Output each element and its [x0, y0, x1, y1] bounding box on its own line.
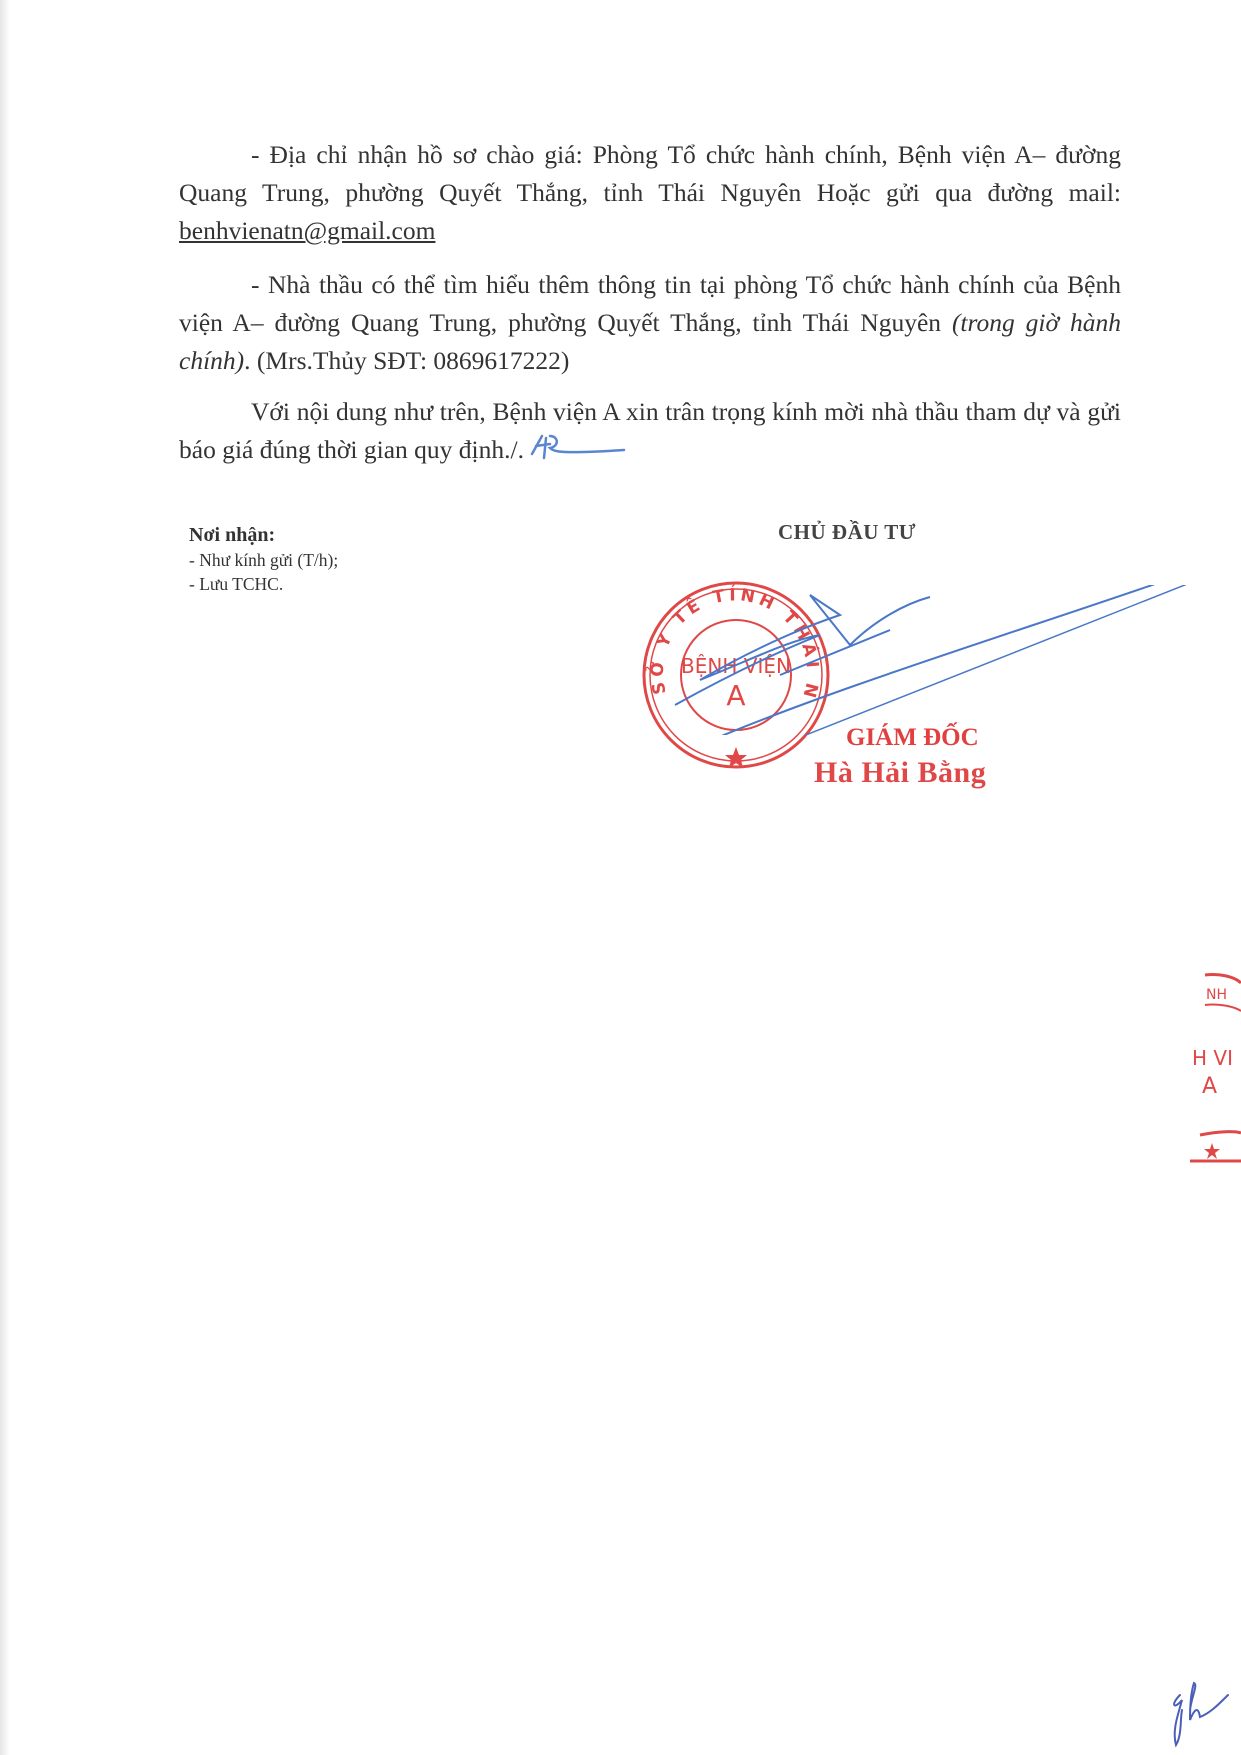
- contact-info: . (Mrs.Thủy SĐT: 0869617222): [244, 346, 569, 375]
- paragraph-address: - Địa chỉ nhận hồ sơ chào giá: Phòng Tổ …: [179, 136, 1121, 250]
- svg-text:A: A: [1202, 1074, 1217, 1099]
- scan-edge: [0, 0, 10, 1755]
- svg-text:NH: NH: [1206, 987, 1227, 1003]
- closing-text: Với nội dung như trên, Bệnh viện A xin t…: [179, 397, 1121, 464]
- recipient-item: - Lưu TCHC.: [189, 572, 338, 596]
- paragraph-info: - Nhà thầu có thể tìm hiểu thêm thông ti…: [179, 266, 1121, 380]
- svg-text:H VI: H VI: [1192, 1046, 1233, 1070]
- recipients-title: Nơi nhận:: [189, 522, 338, 548]
- director-title: GIÁM ĐỐC: [846, 724, 979, 752]
- recipient-item: - Như kính gửi (T/h);: [189, 548, 338, 572]
- edge-stamp-icon: NH H VI A: [1180, 965, 1241, 1165]
- paragraph-closing: Với nội dung như trên, Bệnh viện A xin t…: [179, 393, 1121, 473]
- investor-heading: CHỦ ĐẦU TƯ: [778, 520, 916, 545]
- page-initials-icon: [1160, 1665, 1230, 1750]
- email-link[interactable]: benhvienatn@gmail.com: [179, 216, 435, 245]
- director-name: Hà Hải Bằng: [814, 756, 986, 790]
- recipients-block: Nơi nhận: - Như kính gửi (T/h); - Lưu TC…: [189, 522, 338, 596]
- director-signature-icon: [640, 585, 1210, 735]
- address-text: - Địa chỉ nhận hồ sơ chào giá: Phòng Tổ …: [179, 140, 1121, 207]
- inline-initials-icon: [528, 432, 628, 473]
